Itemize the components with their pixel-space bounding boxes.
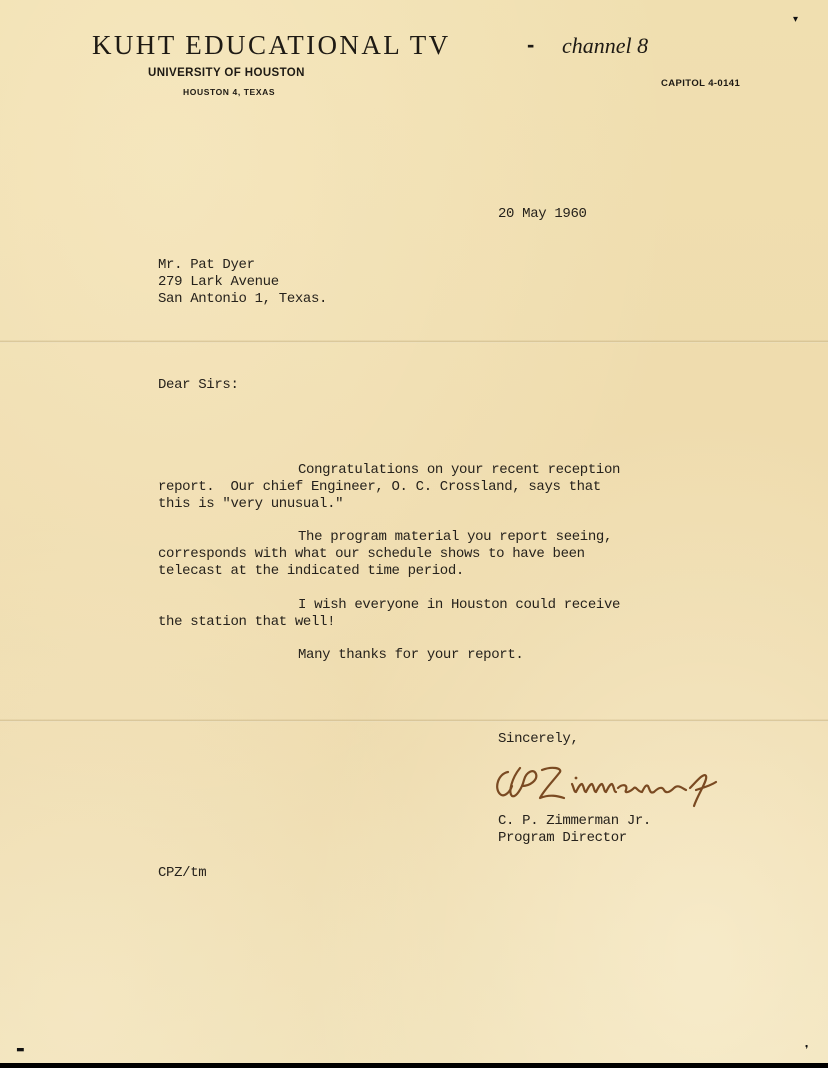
- reference-initials: CPZ/tm: [158, 865, 206, 882]
- line-text: I wish everyone in Houston could receive: [298, 597, 620, 613]
- paragraph-line: I wish everyone in Houston could receive: [158, 597, 620, 614]
- letter-date: 20 May 1960: [498, 206, 587, 223]
- letterhead-title: KUHT EDUCATIONAL TV: [92, 30, 451, 61]
- body-paragraph: The program material you report seeing,c…: [158, 529, 612, 580]
- letterhead-separator: -: [527, 32, 534, 58]
- ink-speck-icon: ❜: [805, 1043, 809, 1056]
- fold-crease: [0, 340, 828, 343]
- paragraph-line: Congratulations on your recent reception: [158, 462, 620, 479]
- ink-speck-icon: ▾: [793, 14, 798, 25]
- paragraph-line: corresponds with what our schedule shows…: [158, 546, 612, 563]
- line-text: Congratulations on your recent reception: [298, 462, 620, 478]
- letterhead-phone: CAPITOL 4-0141: [661, 78, 740, 89]
- body-paragraph: Many thanks for your report.: [158, 647, 523, 664]
- paragraph-line: this is "very unusual.": [158, 496, 620, 513]
- paragraph-line: telecast at the indicated time period.: [158, 563, 612, 580]
- line-text: The program material you report seeing,: [298, 529, 612, 545]
- recipient-address: Mr. Pat Dyer279 Lark AvenueSan Antonio 1…: [158, 257, 327, 308]
- scan-border: [0, 1063, 828, 1068]
- signer-block: C. P. Zimmerman Jr.Program Director: [498, 813, 651, 847]
- recipient-name: Mr. Pat Dyer: [158, 257, 327, 274]
- letterhead-city: HOUSTON 4, TEXAS: [183, 87, 275, 97]
- signer-title: Program Director: [498, 830, 651, 847]
- letterhead-institution: UNIVERSITY OF HOUSTON: [148, 67, 305, 79]
- line-text: Many thanks for your report.: [298, 647, 523, 663]
- paragraph-line: Many thanks for your report.: [158, 647, 523, 664]
- paragraph-line: The program material you report seeing,: [158, 529, 612, 546]
- body-paragraph: Congratulations on your recent reception…: [158, 462, 620, 513]
- letterhead-channel: channel 8: [562, 33, 648, 59]
- body-paragraph: I wish everyone in Houston could receive…: [158, 597, 620, 631]
- letter-paper: KUHT EDUCATIONAL TV - channel 8 UNIVERSI…: [0, 0, 828, 1063]
- closing: Sincerely,: [498, 731, 579, 748]
- recipient-city: San Antonio 1, Texas.: [158, 291, 327, 308]
- recipient-street: 279 Lark Avenue: [158, 274, 327, 291]
- signer-name: C. P. Zimmerman Jr.: [498, 813, 651, 830]
- paragraph-line: the station that well!: [158, 614, 620, 631]
- fold-crease: [0, 719, 828, 722]
- handwritten-signature-icon: [490, 758, 730, 810]
- ink-speck-icon: ▬: [16, 1045, 25, 1055]
- salutation: Dear Sirs:: [158, 377, 239, 394]
- paragraph-line: report. Our chief Engineer, O. C. Crossl…: [158, 479, 620, 496]
